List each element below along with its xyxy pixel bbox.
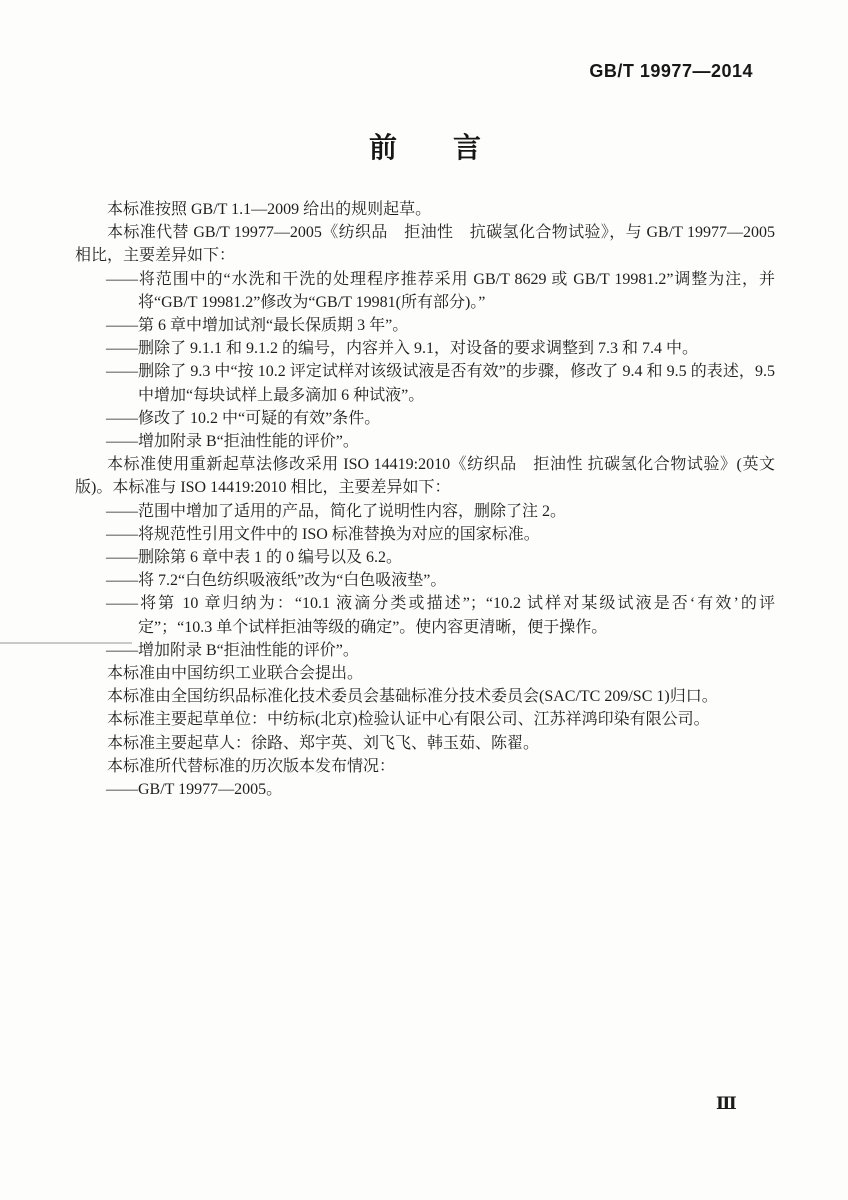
foreword-list-item: ——将规范性引用文件中的 ISO 标准替换为对应的国家标准。 <box>75 523 775 546</box>
page-title: 前 言 <box>75 126 775 166</box>
page-number: Ⅲ <box>716 1094 737 1114</box>
foreword-list-item: ——删除了 9.1.1 和 9.1.2 的编号，内容并入 9.1，对设备的要求调… <box>75 337 775 360</box>
foreword-list-item: ——将第 10 章归纳为：“10.1 液滴分类或描述”；“10.2 试样对某级试… <box>75 592 775 638</box>
foreword-list-item: ——将 7.2“白色纺织吸液纸”改为“白色吸液垫”。 <box>75 569 775 592</box>
foreword-list-item: ——删除第 6 章中表 1 的 0 编号以及 6.2。 <box>75 546 775 569</box>
foreword-paragraph: 本标准所代替标准的历次版本发布情况： <box>75 755 775 778</box>
foreword-list-item: ——GB/T 19977—2005。 <box>75 778 775 801</box>
foreword-list-item: ——将范围中的“水洗和干洗的处理程序推荐采用 GB/T 8629 或 GB/T … <box>75 268 775 314</box>
foreword-list-item: ——修改了 10.2 中“可疑的有效”条件。 <box>75 407 775 430</box>
foreword-paragraph: 本标准由中国纺织工业联合会提出。 <box>75 662 775 685</box>
foreword-list-item: ——增加附录 B“拒油性能的评价”。 <box>75 639 775 662</box>
foreword-paragraph: 本标准由全国纺织品标准化技术委员会基础标准分技术委员会(SAC/TC 209/S… <box>75 685 775 708</box>
foreword-paragraph: 本标准主要起草人：徐路、郑宇英、刘飞飞、韩玉茹、陈翟。 <box>75 732 775 755</box>
scanned-document-page: GB/T 19977—2014 前 言 本标准按照 GB/T 1.1—2009 … <box>0 0 848 1200</box>
foreword-paragraph: 本标准使用重新起草法修改采用 ISO 14419:2010《纺织品 拒油性 抗碳… <box>75 453 775 499</box>
foreword-list-item: ——增加附录 B“拒油性能的评价”。 <box>75 430 775 453</box>
foreword-paragraph: 本标准按照 GB/T 1.1—2009 给出的规则起草。 <box>75 198 775 221</box>
foreword-list-item: ——删除了 9.3 中“按 10.2 评定试样对该级试液是否有效”的步骤，修改了… <box>75 360 775 406</box>
foreword-text-block: 本标准按照 GB/T 1.1—2009 给出的规则起草。本标准代替 GB/T 1… <box>75 198 775 801</box>
standard-code-header: GB/T 19977—2014 <box>589 61 753 82</box>
foreword-paragraph: 本标准主要起草单位：中纺标(北京)检验认证中心有限公司、江苏祥鸿印染有限公司。 <box>75 708 775 731</box>
scan-artifact-line <box>0 642 132 644</box>
foreword-paragraph: 本标准代替 GB/T 19977—2005《纺织品 拒油性 抗碳氢化合物试验》，… <box>75 221 775 267</box>
foreword-list-item: ——范围中增加了适用的产品，简化了说明性内容，删除了注 2。 <box>75 500 775 523</box>
foreword-list-item: ——第 6 章中增加试剂“最长保质期 3 年”。 <box>75 314 775 337</box>
